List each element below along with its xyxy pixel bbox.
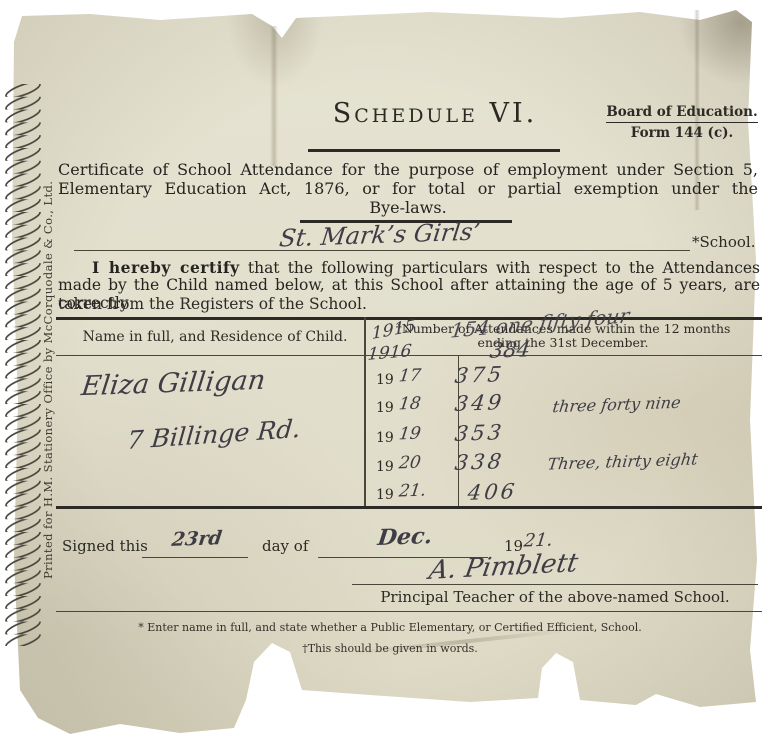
intro-line-1: Certificate of School Attendance for the… (58, 161, 758, 180)
intro-line-3: Bye-laws. (58, 199, 758, 218)
page-title: Schedule VI. (300, 98, 570, 129)
signed-day-line (142, 557, 248, 558)
signed-year-handwritten: 21. (523, 530, 554, 552)
footnote-asterisk: * Enter name in full, and state whether … (100, 621, 680, 634)
year-prefix: 19 (376, 372, 394, 388)
attendance-value-handwritten: 349 (453, 390, 505, 416)
child-name-handwritten: Eliza Gilligan (80, 365, 267, 402)
paper-crease (270, 26, 278, 166)
certify-rest: that the following particulars with resp… (240, 259, 760, 277)
school-label: *School. (692, 233, 755, 251)
certify-bold: I hereby certify (92, 258, 240, 277)
signature-line (352, 584, 758, 585)
year-prefix: 19 (376, 459, 394, 475)
attendance-value-handwritten: 406 (466, 479, 518, 505)
scanned-certificate: Printed for H.M. Stationery Office by Mc… (0, 0, 764, 752)
attendance-value-handwritten: 375 (453, 362, 505, 388)
value-1916-handwritten: 384 (488, 337, 531, 362)
table-column-divider (364, 317, 366, 506)
spiral-binding-icon (2, 84, 46, 646)
signed-this-label: Signed this (62, 537, 148, 555)
year-suffix-handwritten: 20 (398, 453, 422, 474)
footnote-dagger: †This should be given in words. (100, 642, 680, 655)
attendance-value-handwritten: 338 (453, 449, 505, 475)
certify-line-1: I hereby certify that the following part… (58, 259, 760, 278)
year-1916-handwritten: 1916 (367, 341, 413, 365)
year-suffix-handwritten: 18 (398, 394, 422, 415)
principal-teacher-caption: Principal Teacher of the above-named Sch… (352, 588, 758, 606)
day-of-label: day of (262, 537, 308, 555)
form-box: Board of Education. Form 144 (c). (606, 104, 758, 141)
signed-month-handwritten: Dec. (376, 523, 434, 551)
year-prefix: 19 (376, 487, 394, 503)
title-rule (308, 149, 560, 152)
year-suffix-handwritten: 17 (398, 366, 422, 387)
column-header-name: Name in full, and Residence of Child. (70, 329, 360, 345)
table-bottom-border (56, 506, 762, 509)
printer-credit: Printed for H.M. Stationery Office by Mc… (41, 130, 59, 630)
attendances-header-line2: ending the 31st December. (370, 336, 756, 350)
school-line-rule (74, 250, 690, 251)
year-prefix: 19 (376, 430, 394, 446)
signed-day-handwritten: 23rd (171, 527, 224, 551)
board-line: Board of Education. (606, 104, 758, 123)
intro-line-2: Elementary Education Act, 1876, or for t… (58, 180, 758, 199)
year-prefix: 19 (376, 400, 394, 416)
attendance-value-handwritten: 353 (453, 420, 505, 446)
year-suffix-handwritten: 21. (398, 481, 428, 502)
form-number: Form 144 (c). (606, 123, 758, 141)
certify-line-3: taken from the Registers of the School. (58, 295, 760, 313)
year-suffix-handwritten: 19 (398, 424, 422, 445)
form-bottom-rule (56, 611, 762, 612)
